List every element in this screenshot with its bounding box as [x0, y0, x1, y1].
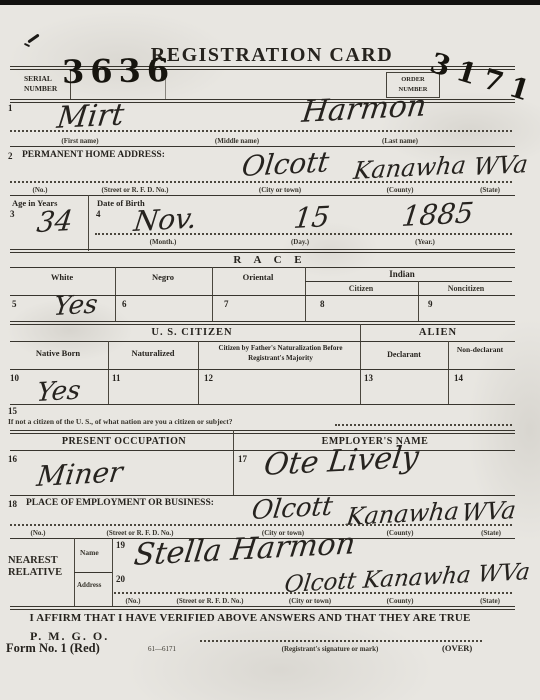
home-city-label: (City or town) [259, 186, 301, 194]
last-name-handwriting: Harmon [300, 88, 428, 130]
rule-under-indian [305, 281, 512, 282]
race-indian-header: Indian [389, 269, 415, 279]
q4-number: 4 [96, 209, 101, 219]
registration-card-scan: REGISTRATION CARD SERIAL NUMBER 3636 ORD… [0, 0, 540, 700]
card-title: REGISTRATION CARD [151, 44, 393, 67]
home-county-label: (County) [387, 186, 414, 194]
native-born-header: Native Born [36, 348, 80, 358]
relative-county-label: (County) [387, 597, 414, 605]
naturalized-header: Naturalized [132, 348, 175, 358]
relative-divider-2 [112, 538, 113, 606]
last-name-label: (Last name) [382, 137, 418, 145]
alien-sub-divider [448, 341, 449, 404]
footer-print-code: 61—6171 [148, 645, 176, 653]
q3-number: 3 [10, 209, 15, 219]
rule-under-q1 [10, 146, 515, 147]
race-negro-header: Negro [152, 272, 174, 282]
race-oriental-header: Oriental [243, 272, 274, 282]
relative-name-address-divider [74, 572, 112, 573]
serial-label-line2: NUMBER [24, 84, 57, 94]
race-white-answer-handwriting: Yes [52, 289, 99, 322]
employment-dotted-line [10, 524, 512, 526]
relative-num-20: 20 [116, 574, 125, 584]
nearest-relative-line1: NEAREST [8, 555, 62, 567]
footer-over-label: (OVER) [442, 643, 472, 653]
home-address-label: PERMANENT HOME ADDRESS: [22, 150, 165, 160]
rule-above-citizen-section [10, 321, 515, 325]
race-num-9: 9 [428, 299, 433, 309]
pen-tick-mark-2 [24, 43, 30, 47]
occupation-handwriting: Miner [35, 455, 125, 493]
home-city-handwriting: Olcott [240, 145, 331, 183]
citizen-alien-divider [360, 324, 361, 404]
home-no-label: (No.) [33, 186, 48, 194]
rule-under-citizen-headers [10, 341, 515, 342]
home-state-handwriting: WVa [472, 150, 530, 181]
q18-number: 18 [8, 499, 17, 509]
name-dotted-line [10, 130, 512, 132]
age-dob-divider [88, 195, 89, 251]
race-num-5: 5 [12, 299, 17, 309]
middle-name-label: (Middle name) [215, 137, 259, 145]
signature-dotted-line [200, 640, 482, 642]
us-citizen-header: U. S. CITIZEN [151, 327, 232, 338]
father-naturalization-header: Citizen by Father's Naturalization Befor… [203, 344, 358, 364]
rule-above-q15 [10, 404, 515, 405]
relative-num-19: 19 [116, 540, 125, 550]
q16-number: 16 [8, 454, 17, 464]
home-county-handwriting: Kanawha [352, 151, 468, 185]
rule-under-q2 [10, 195, 515, 196]
employment-county-label: (County) [387, 529, 414, 537]
pen-tick-mark [27, 34, 39, 44]
dob-dotted-line [95, 233, 512, 235]
race-num-7: 7 [224, 299, 229, 309]
race-num-8: 8 [320, 299, 325, 309]
home-address-dotted-line [10, 181, 512, 183]
employment-state-handwriting: WVa [460, 496, 518, 527]
dob-day-handwriting: 15 [292, 200, 332, 235]
present-occupation-header: PRESENT OCCUPATION [62, 436, 186, 447]
q15-number: 15 [8, 406, 17, 416]
race-header: R A C E [233, 254, 306, 266]
nearest-relative-header: NEAREST RELATIVE [8, 555, 62, 579]
citizen-num-10: 10 [10, 373, 19, 383]
relative-name-label: Name [80, 548, 99, 557]
occupation-divider [233, 430, 234, 496]
relative-state-label: (State) [480, 597, 500, 605]
affirmation-text: I AFFIRM THAT I HAVE VERIFIED ABOVE ANSW… [29, 612, 470, 624]
citizen-divider-1 [108, 341, 109, 404]
scan-top-edge [0, 0, 540, 5]
rule-above-affirmation [10, 606, 515, 610]
employment-state-label: (State) [481, 529, 501, 537]
relative-dotted-line [114, 592, 512, 594]
citizen-num-13: 13 [364, 373, 373, 383]
footer-form-number: Form No. 1 (Red) [6, 641, 100, 656]
employment-no-label: (No.) [31, 529, 46, 537]
home-state-label: (State) [480, 186, 500, 194]
non-declarant-header: Non-declarant [456, 345, 504, 355]
employer-handwriting: Ote Lively [262, 440, 421, 483]
rule-under-race-header [10, 267, 515, 268]
citizen-num-14: 14 [454, 373, 463, 383]
serial-number-label: SERIAL NUMBER [24, 74, 57, 94]
relative-city-label: (City or town) [289, 597, 331, 605]
q15-dotted-line [335, 424, 512, 426]
declarant-header: Declarant [387, 350, 421, 359]
first-name-label: (First name) [61, 137, 98, 145]
race-white-header: White [51, 272, 73, 282]
citizen-num-12: 12 [204, 373, 213, 383]
relative-no-label: (No.) [126, 597, 141, 605]
serial-label-line1: SERIAL [24, 74, 57, 84]
indian-noncitizen-header: Noncitizen [448, 284, 484, 293]
rule-above-race [10, 249, 515, 253]
citizen-divider-2 [198, 341, 199, 404]
indian-sub-divider [418, 281, 419, 322]
q1-number: 1 [8, 103, 13, 113]
relative-street-label: (Street or R. F. D. No.) [177, 597, 244, 605]
nearest-relative-line2: RELATIVE [8, 567, 62, 579]
q2-number: 2 [8, 151, 13, 161]
employment-city-handwriting: Olcott [250, 492, 334, 526]
dob-year-handwriting: 1885 [400, 196, 475, 233]
q17-number: 17 [238, 454, 247, 464]
home-street-label: (Street or R. F. D. No.) [102, 186, 169, 194]
alien-header: ALIEN [419, 327, 457, 338]
serial-number-stamp: 3636 [62, 51, 176, 91]
q15-question: If not a citizen of the U. S., of what n… [8, 417, 233, 426]
year-label: (Year.) [415, 238, 435, 246]
employment-place-label: PLACE OF EMPLOYMENT OR BUSINESS: [26, 498, 214, 508]
rule-under-citizen-subheads [10, 369, 515, 370]
rule-above-occupation [10, 430, 515, 434]
relative-address-label: Address [77, 581, 101, 589]
indian-citizen-header: Citizen [349, 284, 373, 293]
race-num-6: 6 [122, 299, 127, 309]
citizen-num-11: 11 [112, 373, 121, 383]
day-label: (Day.) [291, 238, 309, 246]
month-label: (Month.) [150, 238, 177, 246]
rule-under-occupation-headers [10, 450, 515, 451]
signature-label: (Registrant's signature or mark) [282, 645, 379, 653]
age-handwriting: 34 [35, 204, 75, 239]
